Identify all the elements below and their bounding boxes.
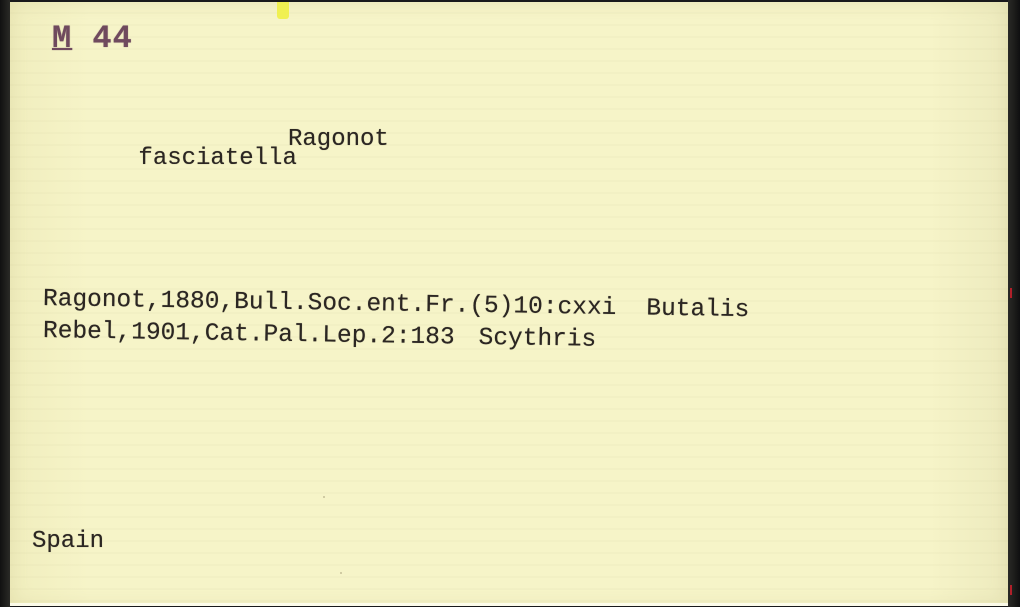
- red-edge-mark: [1010, 288, 1012, 298]
- catalog-stamp-number: 44: [92, 20, 132, 57]
- locality: Spain: [32, 528, 104, 555]
- taxon-name-line: fasciatella Ragonot: [52, 118, 297, 226]
- paper-speck: [340, 572, 342, 574]
- yellow-tab-marker: [277, 2, 289, 19]
- citation-genus: Butalis: [646, 295, 749, 324]
- citation-line: Ragonot,1880,Bull.Soc.ent.Fr.(5)10:cxxiB…: [43, 286, 750, 324]
- index-card: M 44 fasciatella Ragonot Ragonot,1880,Bu…: [10, 2, 1008, 606]
- paper-speck: [323, 496, 325, 498]
- scan-frame: M 44 fasciatella Ragonot Ragonot,1880,Bu…: [0, 0, 1020, 607]
- citation-line: Rebel,1901,Cat.Pal.Lep.2:183Scythris: [43, 318, 597, 354]
- species-author: Ragonot: [288, 126, 389, 153]
- scan-right-border: [1008, 0, 1020, 607]
- scan-left-border: [0, 0, 10, 607]
- citation-reference: Ragonot,1880,Bull.Soc.ent.Fr.(5)10:cxxi: [43, 286, 617, 322]
- citation-reference: Rebel,1901,Cat.Pal.Lep.2:183: [43, 318, 455, 351]
- catalog-stamp: M 44: [52, 20, 133, 57]
- species-name: fasciatella: [138, 145, 296, 172]
- catalog-stamp-letter: M: [52, 20, 72, 57]
- red-edge-mark: [1010, 585, 1012, 595]
- citation-genus: Scythris: [478, 325, 596, 354]
